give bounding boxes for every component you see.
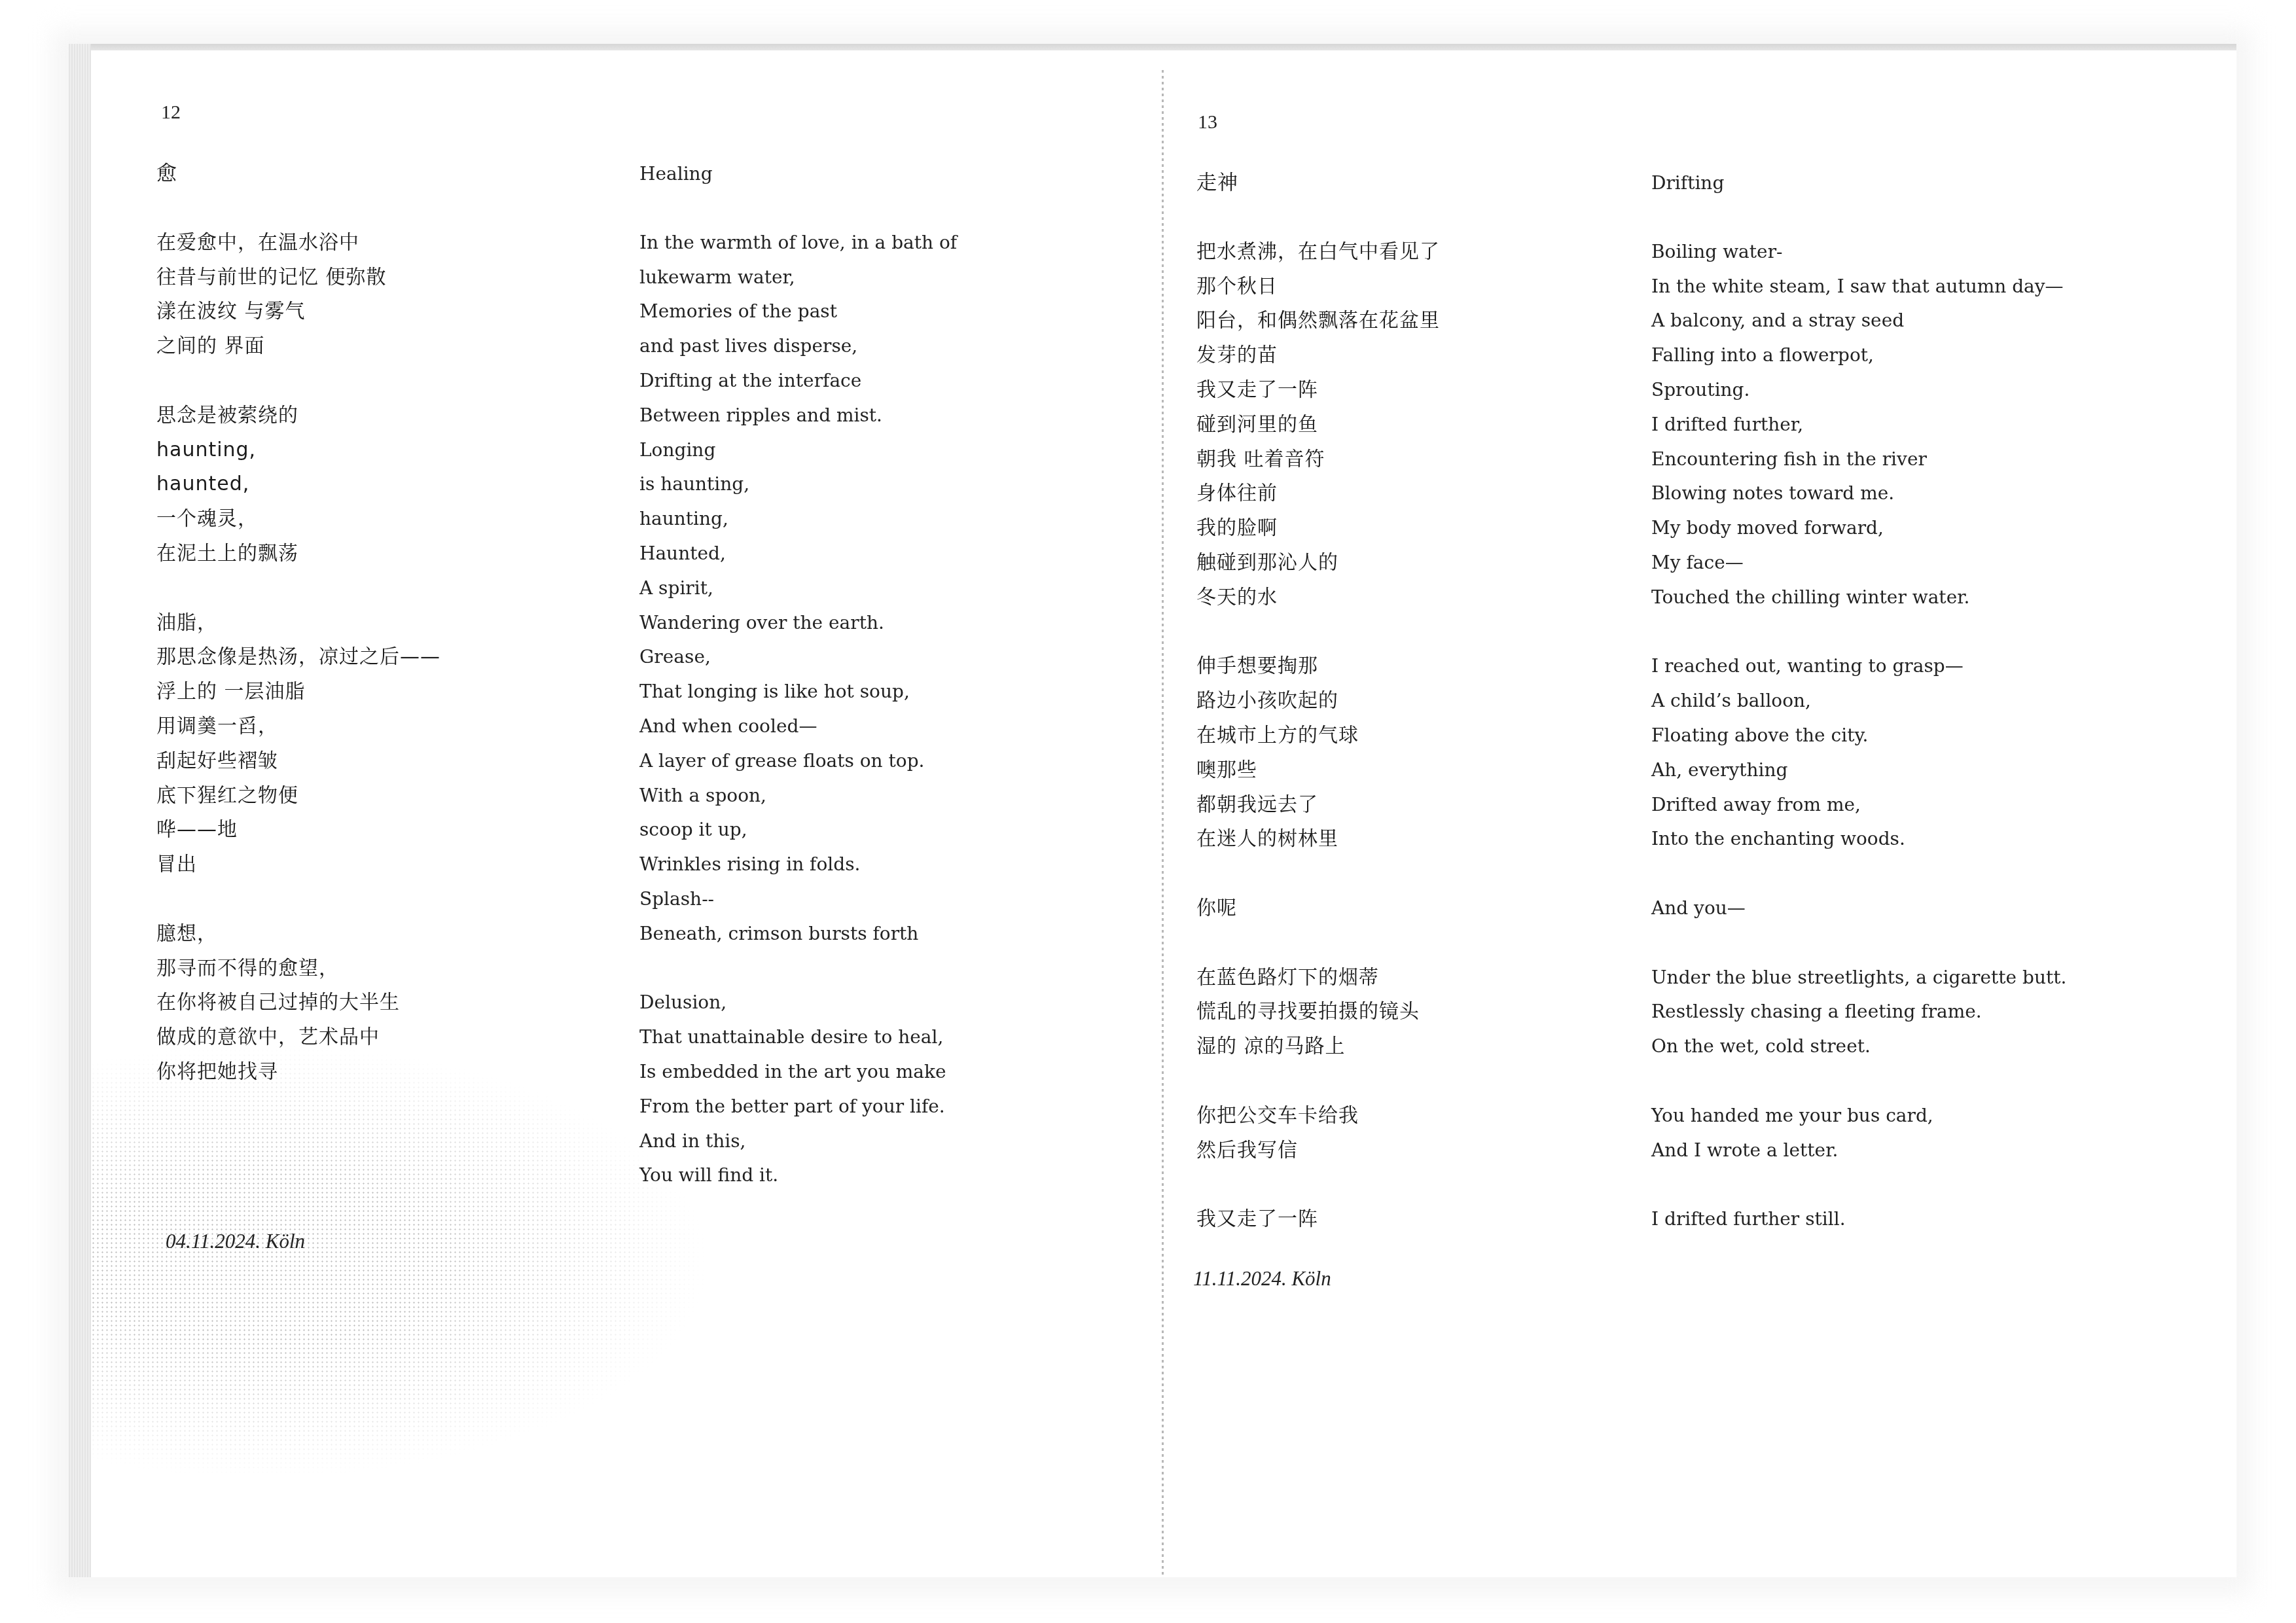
stanza-break [156, 364, 440, 399]
poem-line: 你将把她找寻 [156, 1055, 440, 1090]
chinese-poem-body: 在爱愈中，在温水浴中往昔与前世的记忆 便弥散漾在波纹 与雾气之间的 界面思念是被… [156, 226, 440, 1090]
poem-line: And you— [1651, 891, 2066, 926]
poem-line: Is embedded in the art you make [639, 1055, 957, 1090]
stanza-break [156, 882, 440, 917]
poem-line: You handed me your bus card, [1651, 1099, 2066, 1133]
poem-line: Encountering fish in the river [1651, 442, 2066, 477]
poem-line: Restlessly chasing a fleeting frame. [1651, 995, 2066, 1029]
poem-line: Haunted, [639, 537, 957, 571]
chinese-poem-body: 把水煮沸，在白气中看见了那个秋日阳台，和偶然飘落在花盆里发芽的苗我又走了一阵碰到… [1196, 235, 1440, 1237]
poem-line: 漾在波纹 与雾气 [156, 294, 440, 329]
stanza-break [1196, 857, 1440, 891]
poem-line: Grease, [639, 640, 957, 675]
poem-line: Memories of the past [639, 294, 957, 329]
poem-line: 在城市上方的气球 [1196, 719, 1440, 753]
poem-line: That unattainable desire to heal, [639, 1020, 957, 1055]
stanza-break [1651, 615, 2066, 650]
poem-line: Wandering over the earth. [639, 606, 957, 641]
stanza-break [1651, 1168, 2066, 1202]
poem-line: Between ripples and mist. [639, 399, 957, 433]
poem-line: Ah, everything [1651, 753, 2066, 788]
stanza-break [1196, 926, 1440, 961]
poem-line: My body moved forward, [1651, 511, 2066, 546]
poem-date: 11.11.2024. Köln [1193, 1267, 1331, 1291]
poem-line: That longing is like hot soup, [639, 675, 957, 709]
poem-line: 之间的 界面 [156, 329, 440, 364]
poem-line: A balcony, and a stray seed [1651, 304, 2066, 338]
english-poem-column: Healing In the warmth of love, in a bath… [639, 156, 957, 1193]
poem-line: 碰到河里的鱼 [1196, 408, 1440, 442]
poem-line: 做成的意欲中，艺术品中 [156, 1020, 440, 1055]
poem-line: 在泥土上的飘荡 [156, 537, 440, 571]
poem-line: From the better part of your life. [639, 1090, 957, 1124]
poem-line: 都朝我远去了 [1196, 788, 1440, 823]
poem-line: 你把公交车卡给我 [1196, 1099, 1440, 1133]
stanza-break [1196, 1168, 1440, 1202]
poem-line: Drifting at the interface [639, 364, 957, 399]
book-spread: 12 愈 在爱愈中，在温水浴中往昔与前世的记忆 便弥散漾在波纹 与雾气之间的 界… [69, 44, 2236, 1577]
poem-line: Falling into a flowerpot, [1651, 338, 2066, 373]
poem-line: I drifted further, [1651, 408, 2066, 442]
poem-line: haunted, [156, 467, 440, 502]
stanza-break [639, 952, 957, 986]
stanza-break [1196, 615, 1440, 650]
stanza-break [1651, 857, 2066, 891]
poem-line: Blowing notes toward me. [1651, 476, 2066, 511]
poem-line: 浮上的 一层油脂 [156, 675, 440, 709]
poem-line: 用调羹一舀， [156, 709, 440, 744]
poem-title-english: Healing [639, 156, 957, 191]
poem-line: 噢那些 [1196, 753, 1440, 788]
poem-line: 那寻而不得的愈望， [156, 952, 440, 986]
poem-line: 在蓝色路灯下的烟蒂 [1196, 961, 1440, 995]
poem-line: haunting, [639, 502, 957, 537]
poem-line: 底下猩红之物便 [156, 779, 440, 813]
poem-line: 冒出 [156, 847, 440, 882]
poem-line: 伸手想要掏那 [1196, 649, 1440, 684]
poem-line: haunting, [156, 433, 440, 468]
poem-line: 在你将被自己过掉的大半生 [156, 986, 440, 1020]
left-page: 12 愈 在爱愈中，在温水浴中往昔与前世的记忆 便弥散漾在波纹 与雾气之间的 界… [69, 44, 1163, 1577]
poem-line: scoop it up, [639, 813, 957, 847]
page-number: 13 [1198, 111, 1217, 134]
chinese-poem-column: 走神 把水煮沸，在白气中看见了那个秋日阳台，和偶然飘落在花盆里发芽的苗我又走了一… [1196, 166, 1440, 1237]
poem-line: In the warmth of love, in a bath of [639, 226, 957, 260]
poem-line: 触碰到那沁人的 [1196, 546, 1440, 580]
poem-line: lukewarm water, [639, 260, 957, 295]
poem-line: Splash-- [639, 882, 957, 917]
poem-line: I reached out, wanting to grasp— [1651, 649, 2066, 684]
poem-line: 湿的 凉的马路上 [1196, 1029, 1440, 1064]
poem-line: Wrinkles rising in folds. [639, 847, 957, 882]
stanza-break [156, 571, 440, 606]
poem-line: 冬天的水 [1196, 580, 1440, 615]
poem-line: With a spoon, [639, 779, 957, 813]
stanza-break [1651, 926, 2066, 961]
english-poem-column: Drifting Boiling water-In the white stea… [1651, 166, 2066, 1237]
poem-line: A spirit, [639, 571, 957, 606]
poem-title-chinese: 走神 [1196, 166, 1440, 200]
poem-line: 哗——地 [156, 813, 440, 847]
poem-line: 我又走了一阵 [1196, 373, 1440, 408]
poem-line: Into the enchanting woods. [1651, 822, 2066, 857]
poem-line: and past lives disperse, [639, 329, 957, 364]
poem-line: 身体往前 [1196, 476, 1440, 511]
page-number: 12 [161, 101, 181, 124]
poem-line: 把水煮沸，在白气中看见了 [1196, 235, 1440, 270]
poem-line: 发芽的苗 [1196, 338, 1440, 373]
english-poem-body: Boiling water-In the white steam, I saw … [1651, 235, 2066, 1237]
poem-line: On the wet, cold street. [1651, 1029, 2066, 1064]
poem-line: Touched the chilling winter water. [1651, 580, 2066, 615]
poem-line: Beneath, crimson bursts forth [639, 917, 957, 952]
poem-line: A layer of grease floats on top. [639, 744, 957, 779]
poem-line: 然后我写信 [1196, 1133, 1440, 1168]
poem-line: 你呢 [1196, 891, 1440, 926]
poem-line: 在爱愈中，在温水浴中 [156, 226, 440, 260]
poem-line: Drifted away from me, [1651, 788, 2066, 823]
poem-line: 我又走了一阵 [1196, 1202, 1440, 1237]
poem-line: 一个魂灵， [156, 502, 440, 537]
poem-line: 那思念像是热汤，凉过之后—— [156, 640, 440, 675]
stanza-break [1196, 1064, 1440, 1099]
poem-line: A child’s balloon, [1651, 684, 2066, 719]
poem-line: is haunting, [639, 467, 957, 502]
poem-line: 油脂， [156, 606, 440, 641]
poem-line: 我的脸啊 [1196, 511, 1440, 546]
poem-line: 在迷人的树林里 [1196, 822, 1440, 857]
poem-line: 路边小孩吹起的 [1196, 684, 1440, 719]
poem-line: 慌乱的寻找要拍摄的镜头 [1196, 995, 1440, 1029]
poem-line: Sprouting. [1651, 373, 2066, 408]
poem-line: Boiling water- [1651, 235, 2066, 270]
poem-line: You will find it. [639, 1158, 957, 1193]
poem-line: I drifted further still. [1651, 1202, 2066, 1237]
poem-line: Delusion, [639, 986, 957, 1020]
poem-date: 04.11.2024. Köln [166, 1230, 305, 1253]
poem-line: 朝我 吐着音符 [1196, 442, 1440, 477]
poem-line: 那个秋日 [1196, 270, 1440, 304]
poem-line: And I wrote a letter. [1651, 1133, 2066, 1168]
poem-line: 阳台，和偶然飘落在花盆里 [1196, 304, 1440, 338]
chinese-poem-column: 愈 在爱愈中，在温水浴中往昔与前世的记忆 便弥散漾在波纹 与雾气之间的 界面思念… [156, 156, 440, 1090]
poem-line: And when cooled— [639, 709, 957, 744]
poem-line: Under the blue streetlights, a cigarette… [1651, 961, 2066, 995]
poem-line: 刮起好些褶皱 [156, 744, 440, 779]
right-page: 13 走神 把水煮沸，在白气中看见了那个秋日阳台，和偶然飘落在花盆里发芽的苗我又… [1163, 44, 2236, 1577]
stanza-break [1651, 1064, 2066, 1099]
english-poem-body: In the warmth of love, in a bath oflukew… [639, 226, 957, 1193]
poem-line: 往昔与前世的记忆 便弥散 [156, 260, 440, 295]
poem-line: In the white steam, I saw that autumn da… [1651, 270, 2066, 304]
poem-line: And in this, [639, 1124, 957, 1159]
poem-line: 臆想， [156, 917, 440, 952]
poem-line: Longing [639, 433, 957, 468]
poem-line: Floating above the city. [1651, 719, 2066, 753]
poem-title-chinese: 愈 [156, 156, 440, 191]
poem-title-english: Drifting [1651, 166, 2066, 200]
poem-line: My face— [1651, 546, 2066, 580]
poem-line: 思念是被萦绕的 [156, 399, 440, 433]
